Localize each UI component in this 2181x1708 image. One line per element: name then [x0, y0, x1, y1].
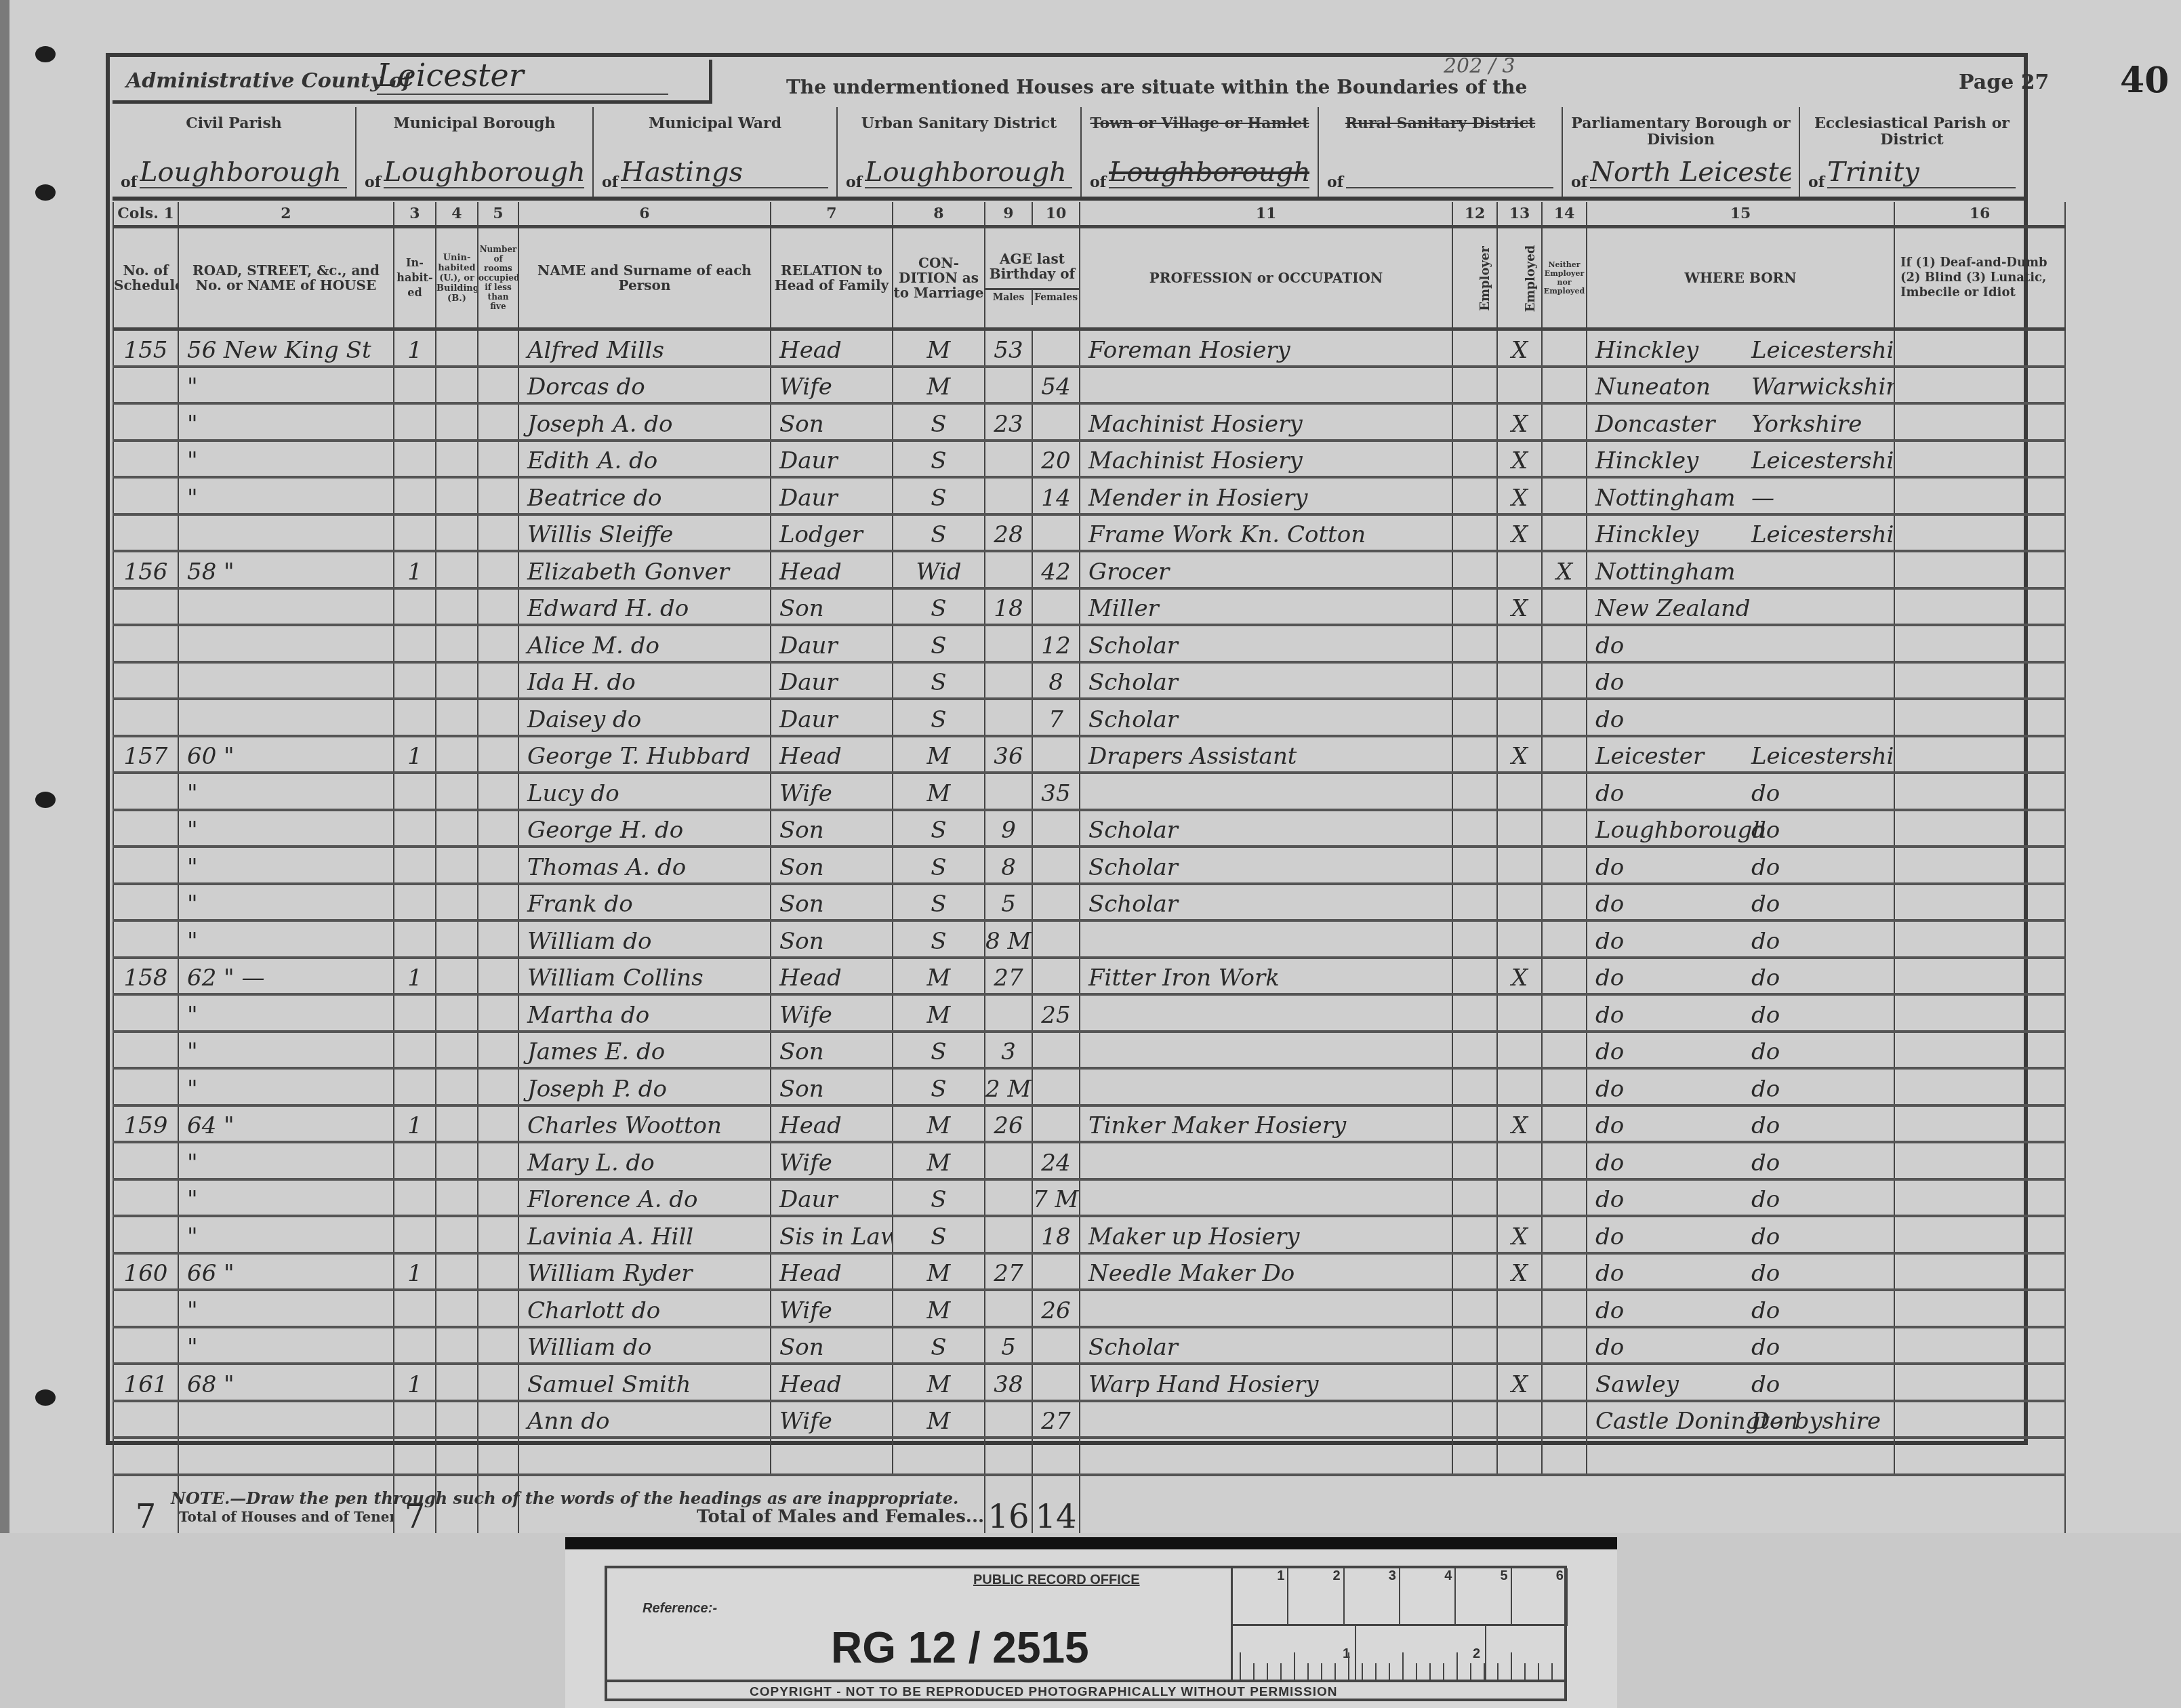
inhabited-count: [394, 1179, 436, 1217]
schedule-number: [113, 367, 178, 404]
division-value: Trinity: [1827, 157, 2016, 188]
neither-mark: X: [1542, 551, 1587, 588]
uninhabited-count: [436, 920, 478, 958]
inhabited-count: [394, 367, 436, 404]
boundaries-text: The undermentioned Houses are situate wi…: [786, 76, 1527, 98]
neither-mark: [1542, 588, 1587, 626]
uninhabited-count: [436, 1032, 478, 1069]
rooms-count: [478, 477, 518, 514]
birthplace: New Zealand: [1587, 588, 1894, 626]
employer-mark: [1452, 736, 1497, 773]
birth-county: do: [1751, 891, 1780, 918]
schedule-number: [113, 625, 178, 662]
header-age-label: AGE last Birthday of: [985, 251, 1079, 281]
division-urban-sanitary: Urban Sanitary District of Loughborough: [838, 107, 1082, 197]
female-age: [1032, 329, 1080, 367]
occupation: [1080, 1401, 1452, 1438]
schedule-number: [113, 403, 178, 441]
female-age: [1032, 1068, 1080, 1105]
uninhabited-count: [436, 1438, 478, 1475]
table-row: Ida H. doDaurS8Scholardo: [113, 662, 2065, 699]
employed-mark: X: [1497, 329, 1542, 367]
uninhabited-count: [436, 994, 478, 1032]
female-age: [1032, 1438, 1080, 1475]
female-age: 27: [1032, 1401, 1080, 1438]
ruler-tick: [1294, 1652, 1295, 1680]
occupation: [1080, 994, 1452, 1032]
relation: Head: [771, 1253, 893, 1290]
table-row: "Edith A. doDaurS20Machinist HosieryXHin…: [113, 441, 2065, 478]
schedule-number: [113, 810, 178, 847]
schedule-number: [113, 477, 178, 514]
table-row: "Martha doWifeM25dodo: [113, 994, 2065, 1032]
rooms-count: [478, 699, 518, 736]
header-neither: Neither Employer nor Employed: [1542, 227, 1587, 329]
male-age: 27: [985, 1253, 1032, 1290]
relation: Son: [771, 1068, 893, 1105]
road-address: ": [178, 477, 394, 514]
birth-town: Castle Donington: [1595, 1408, 1751, 1435]
male-age: 3: [985, 1032, 1032, 1069]
person-name: Willis Sleiffe: [518, 514, 771, 552]
division-value: Hastings: [621, 157, 828, 188]
rooms-count: [478, 662, 518, 699]
birth-county: do: [1751, 1038, 1780, 1065]
ruler-tick: [1484, 1663, 1485, 1680]
road-address: [178, 588, 394, 626]
header-males: Males: [985, 290, 1033, 305]
schedule-number: 155: [113, 329, 178, 367]
occupation: Maker up Hosiery: [1080, 1216, 1452, 1253]
employed-mark: [1497, 773, 1542, 810]
rooms-count: [478, 1327, 518, 1364]
employed-mark: [1497, 1401, 1542, 1438]
neither-mark: [1542, 1179, 1587, 1217]
uninhabited-count: [436, 958, 478, 995]
ruler-tick: [1307, 1663, 1309, 1680]
employed-mark: X: [1497, 477, 1542, 514]
header-condition: CON-DITION as to Marriage: [893, 227, 985, 329]
table-row: 15964 "1Charles WoottonHeadM26Tinker Mak…: [113, 1105, 2065, 1143]
inhabited-count: 1: [394, 1253, 436, 1290]
relation: Daur: [771, 477, 893, 514]
employed-mark: X: [1497, 514, 1542, 552]
birthplace: dodo: [1587, 1032, 1894, 1069]
male-age: [985, 1401, 1032, 1438]
uninhabited-count: [436, 477, 478, 514]
employer-mark: [1452, 662, 1497, 699]
inhabited-count: [394, 1438, 436, 1475]
relation: Head: [771, 551, 893, 588]
reference-box: PUBLIC RECORD OFFICE Reference:- RG 12 /…: [605, 1566, 1567, 1701]
inhabited-count: [394, 847, 436, 884]
occupation: [1080, 1290, 1452, 1327]
relation: Lodger: [771, 514, 893, 552]
employer-mark: [1452, 884, 1497, 921]
table-row: 15556 New King St1Alfred MillsHeadM53For…: [113, 329, 2065, 367]
occupation: Scholar: [1080, 884, 1452, 921]
person-name: Joseph A. do: [518, 403, 771, 441]
birth-town: do: [1595, 1112, 1751, 1139]
rooms-count: [478, 1068, 518, 1105]
relation: Head: [771, 1105, 893, 1143]
marital-condition: S: [893, 1032, 985, 1069]
division-value: Loughborough: [384, 157, 584, 188]
birth-town: do: [1595, 1297, 1751, 1324]
uninhabited-count: [436, 329, 478, 367]
marital-condition: M: [893, 994, 985, 1032]
birth-county: do: [1751, 1112, 1780, 1139]
occupation: [1080, 773, 1452, 810]
neither-mark: [1542, 847, 1587, 884]
marital-condition: M: [893, 736, 985, 773]
birth-town: New Zealand: [1595, 595, 1751, 622]
marital-condition: S: [893, 403, 985, 441]
header-employer: Employer: [1452, 227, 1497, 329]
boundary-divisions: Civil Parish of Loughborough Municipal B…: [113, 107, 2024, 201]
male-age: 53: [985, 329, 1032, 367]
employer-mark: [1452, 1216, 1497, 1253]
marital-condition: M: [893, 1105, 985, 1143]
infirmity: [1894, 773, 2065, 810]
table-row: 15760 "1George T. HubbardHeadM36Drapers …: [113, 736, 2065, 773]
road-address: ": [178, 1327, 394, 1364]
neither-mark: [1542, 1290, 1587, 1327]
relation: Head: [771, 958, 893, 995]
road-address: ": [178, 1216, 394, 1253]
uninhabited-count: [436, 699, 478, 736]
birth-county: do: [1751, 928, 1780, 955]
birthplace: Nottingham: [1587, 551, 1894, 588]
infirmity: [1894, 736, 2065, 773]
uninhabited-count: [436, 441, 478, 478]
male-age: [985, 1438, 1032, 1475]
table-row: "Beatrice doDaurS14Mender in HosieryXNot…: [113, 477, 2065, 514]
relation: Wife: [771, 367, 893, 404]
male-age: 2 Mo: [985, 1068, 1032, 1105]
relation: Daur: [771, 441, 893, 478]
birth-town: Sawley: [1595, 1371, 1751, 1398]
birthplace: Loughboroughdo: [1587, 810, 1894, 847]
road-address: ": [178, 441, 394, 478]
infirmity: [1894, 1032, 2065, 1069]
rooms-count: [478, 920, 518, 958]
infirmity: [1894, 810, 2065, 847]
inhabited-count: [394, 994, 436, 1032]
inhabited-count: 1: [394, 329, 436, 367]
birthplace: dodo: [1587, 1179, 1894, 1217]
employer-mark: [1452, 367, 1497, 404]
birth-town: do: [1595, 1186, 1751, 1213]
division-label: Ecclesiastical Parish or District: [1800, 115, 2024, 148]
relation: [771, 1438, 893, 1475]
of-label: of: [1808, 174, 1825, 191]
marital-condition: M: [893, 367, 985, 404]
employed-mark: X: [1497, 958, 1542, 995]
ruler-tick: [1416, 1663, 1417, 1680]
of-label: of: [1327, 174, 1343, 191]
female-age: [1032, 403, 1080, 441]
header-uninhabited: Unin-habited (U.), or Building (B.): [436, 227, 478, 329]
schedule-number: [113, 773, 178, 810]
occupation: [1080, 1438, 1452, 1475]
form-note: NOTE.—Draw the pen through such of the w…: [171, 1488, 958, 1508]
male-age: 27: [985, 958, 1032, 995]
copyright-notice: COPYRIGHT - NOT TO BE REPRODUCED PHOTOGR…: [750, 1685, 1337, 1700]
employer-mark: [1452, 403, 1497, 441]
relation: Son: [771, 403, 893, 441]
table-row: 15658 "1Elizabeth GonverHeadWid42GrocerX…: [113, 551, 2065, 588]
road-address: ": [178, 773, 394, 810]
birth-town: Nottingham: [1595, 558, 1751, 586]
person-name: Ann do: [518, 1401, 771, 1438]
occupation: Tinker Maker Hosiery: [1080, 1105, 1452, 1143]
road-address: 58 ": [178, 551, 394, 588]
uninhabited-count: [436, 773, 478, 810]
table-row: "Dorcas doWifeM54NuneatonWarwickshire: [113, 367, 2065, 404]
road-address: ": [178, 920, 394, 958]
inhabited-count: [394, 1068, 436, 1105]
person-name: William do: [518, 920, 771, 958]
male-age: 8 Mo: [985, 920, 1032, 958]
inhabited-count: [394, 1032, 436, 1069]
occupation: Scholar: [1080, 1327, 1452, 1364]
relation: Sis in Law: [771, 1216, 893, 1253]
header-females: Females: [1033, 290, 1079, 305]
road-address: [178, 699, 394, 736]
employed-mark: [1497, 810, 1542, 847]
birth-county: Leicestershire: [1751, 447, 1894, 474]
neither-mark: [1542, 1032, 1587, 1069]
infirmity: [1894, 1364, 2065, 1401]
birth-town: do: [1595, 632, 1751, 659]
schedule-number: [113, 441, 178, 478]
reference-code: RG 12 / 2515: [831, 1623, 1089, 1673]
rooms-count: [478, 441, 518, 478]
header-infirmity: If (1) Deaf-and-Dumb (2) Blind (3) Lunat…: [1894, 227, 2065, 329]
employed-mark: [1497, 1438, 1542, 1475]
uninhabited-count: [436, 736, 478, 773]
male-age: [985, 551, 1032, 588]
marital-condition: S: [893, 625, 985, 662]
employer-mark: [1452, 1142, 1497, 1179]
neither-mark: [1542, 329, 1587, 367]
employed-mark: [1497, 625, 1542, 662]
table-row: "Charlott doWifeM26dodo: [113, 1290, 2065, 1327]
division-label: Civil Parish: [113, 115, 355, 131]
inhabited-count: 1: [394, 551, 436, 588]
marital-condition: M: [893, 1401, 985, 1438]
employer-mark: [1452, 588, 1497, 626]
person-name: Elizabeth Gonver: [518, 551, 771, 588]
schedule-number: [113, 1401, 178, 1438]
infirmity: [1894, 403, 2065, 441]
employer-mark: [1452, 1290, 1497, 1327]
birth-county: do: [1751, 854, 1780, 881]
uninhabited-count: [436, 1364, 478, 1401]
employer-mark: [1452, 1105, 1497, 1143]
birth-county: do: [1751, 1371, 1780, 1398]
birth-town: Nuneaton: [1595, 373, 1751, 401]
ruler-tick: [1334, 1663, 1336, 1680]
birth-town: Loughborough: [1595, 817, 1751, 844]
person-name: Mary L. do: [518, 1142, 771, 1179]
neither-mark: [1542, 884, 1587, 921]
employer-mark: [1452, 958, 1497, 995]
of-label: of: [602, 174, 618, 191]
female-age: [1032, 847, 1080, 884]
header-rooms: Number of rooms occupied if less than fi…: [478, 227, 518, 329]
col-number: Cols. 1: [113, 202, 178, 227]
employer-mark: [1452, 329, 1497, 367]
punch-hole: [35, 792, 56, 808]
rooms-count: [478, 1364, 518, 1401]
rooms-count: [478, 1179, 518, 1217]
ruler-tick: [1389, 1663, 1390, 1680]
road-address: 56 New King St: [178, 329, 394, 367]
birth-town: Doncaster: [1595, 411, 1751, 438]
occupation: [1080, 1179, 1452, 1217]
person-name: Frank do: [518, 884, 771, 921]
employed-mark: X: [1497, 403, 1542, 441]
employer-mark: [1452, 1364, 1497, 1401]
punch-hole: [35, 1389, 56, 1406]
female-age: [1032, 884, 1080, 921]
relation: Son: [771, 847, 893, 884]
birth-county: do: [1751, 1076, 1780, 1103]
relation: Wife: [771, 994, 893, 1032]
birth-county: Warwickshire: [1751, 373, 1894, 401]
inhabited-count: [394, 588, 436, 626]
inhabited-count: [394, 1327, 436, 1364]
occupation: [1080, 920, 1452, 958]
column-header-row: No. of Schedule ROAD, STREET, &c., and N…: [113, 227, 2065, 329]
birth-town: do: [1595, 1223, 1751, 1250]
schedule-number: 156: [113, 551, 178, 588]
infirmity: [1894, 1105, 2065, 1143]
punch-hole: [35, 184, 56, 201]
occupation: Frame Work Kn. Cotton: [1080, 514, 1452, 552]
birthplace: DoncasterYorkshire: [1587, 403, 1894, 441]
rooms-count: [478, 551, 518, 588]
infirmity: [1894, 551, 2065, 588]
male-age: [985, 625, 1032, 662]
table-row: "Joseph P. doSonS2 Mododo: [113, 1068, 2065, 1105]
division-label: Urban Sanitary District: [838, 115, 1080, 131]
road-address: ": [178, 1179, 394, 1217]
admin-county-value: Leicester: [377, 57, 668, 95]
birth-town: Hinckley: [1595, 521, 1751, 548]
ruler-tick: [1443, 1663, 1444, 1680]
employer-mark: [1452, 810, 1497, 847]
road-address: ": [178, 1032, 394, 1069]
division-label: Municipal Borough: [356, 115, 592, 131]
employed-mark: [1497, 662, 1542, 699]
female-age: [1032, 920, 1080, 958]
col-number: 7: [771, 202, 893, 227]
birth-town: do: [1595, 1038, 1751, 1065]
female-age: [1032, 736, 1080, 773]
employed-mark: X: [1497, 441, 1542, 478]
marital-condition: M: [893, 1364, 985, 1401]
inhabited-count: [394, 773, 436, 810]
infirmity: [1894, 477, 2065, 514]
uninhabited-count: [436, 1401, 478, 1438]
infirmity: [1894, 699, 2065, 736]
ruler-tick: [1511, 1652, 1512, 1680]
col-number: 14: [1542, 202, 1587, 227]
male-age: 5: [985, 1327, 1032, 1364]
birth-county: Yorkshire: [1751, 411, 1862, 438]
header-employer-label: Employer: [1478, 246, 1493, 311]
birth-county: do: [1751, 1150, 1780, 1177]
person-name: Beatrice do: [518, 477, 771, 514]
employer-mark: [1452, 699, 1497, 736]
uninhabited-count: [436, 403, 478, 441]
schedule-number: [113, 1216, 178, 1253]
birth-town: do: [1595, 891, 1751, 918]
male-age: [985, 699, 1032, 736]
table-row: 16168 "1Samuel SmithHeadM38Warp Hand Hos…: [113, 1364, 2065, 1401]
rooms-count: [478, 403, 518, 441]
rooms-count: [478, 1401, 518, 1438]
schedule-number: [113, 514, 178, 552]
person-name: Charles Wootton: [518, 1105, 771, 1143]
male-age: [985, 367, 1032, 404]
neither-mark: [1542, 1216, 1587, 1253]
female-age: 7 Mo: [1032, 1179, 1080, 1217]
inhabited-count: 1: [394, 1364, 436, 1401]
employed-mark: [1497, 994, 1542, 1032]
birthplace: Nottingham—: [1587, 477, 1894, 514]
employed-mark: [1497, 1327, 1542, 1364]
person-name: Dorcas do: [518, 367, 771, 404]
employed-mark: [1497, 1142, 1542, 1179]
marital-condition: S: [893, 514, 985, 552]
person-name: Edith A. do: [518, 441, 771, 478]
birth-town: do: [1595, 1076, 1751, 1103]
birth-town: do: [1595, 1260, 1751, 1287]
table-row: Daisey doDaurS7Scholardo: [113, 699, 2065, 736]
table-row: "William doSonS8 Mododo: [113, 920, 2065, 958]
page-number: Page 27: [1959, 70, 2049, 94]
col-number: 16: [1894, 202, 2065, 227]
infirmity: [1894, 625, 2065, 662]
division-value: [1346, 187, 1553, 188]
rooms-count: [478, 1216, 518, 1253]
rooms-count: [478, 1105, 518, 1143]
scale-ruler: 1 2 3 4 5 6 1 2: [1231, 1568, 1568, 1680]
division-ecclesiastical: Ecclesiastical Parish or District of Tri…: [1800, 107, 2024, 197]
rooms-count: [478, 588, 518, 626]
female-age: 12: [1032, 625, 1080, 662]
rooms-count: [478, 810, 518, 847]
neither-mark: [1542, 810, 1587, 847]
employer-mark: [1452, 551, 1497, 588]
male-age: [985, 994, 1032, 1032]
birth-town: do: [1595, 1150, 1751, 1177]
schedule-number: [113, 847, 178, 884]
schedule-number: 157: [113, 736, 178, 773]
employer-mark: [1452, 1401, 1497, 1438]
punch-hole: [35, 46, 56, 62]
male-age: [985, 1216, 1032, 1253]
road-address: ": [178, 884, 394, 921]
male-age: 38: [985, 1364, 1032, 1401]
occupation: Scholar: [1080, 625, 1452, 662]
schedule-number: [113, 662, 178, 699]
occupation: Fitter Iron Work: [1080, 958, 1452, 995]
